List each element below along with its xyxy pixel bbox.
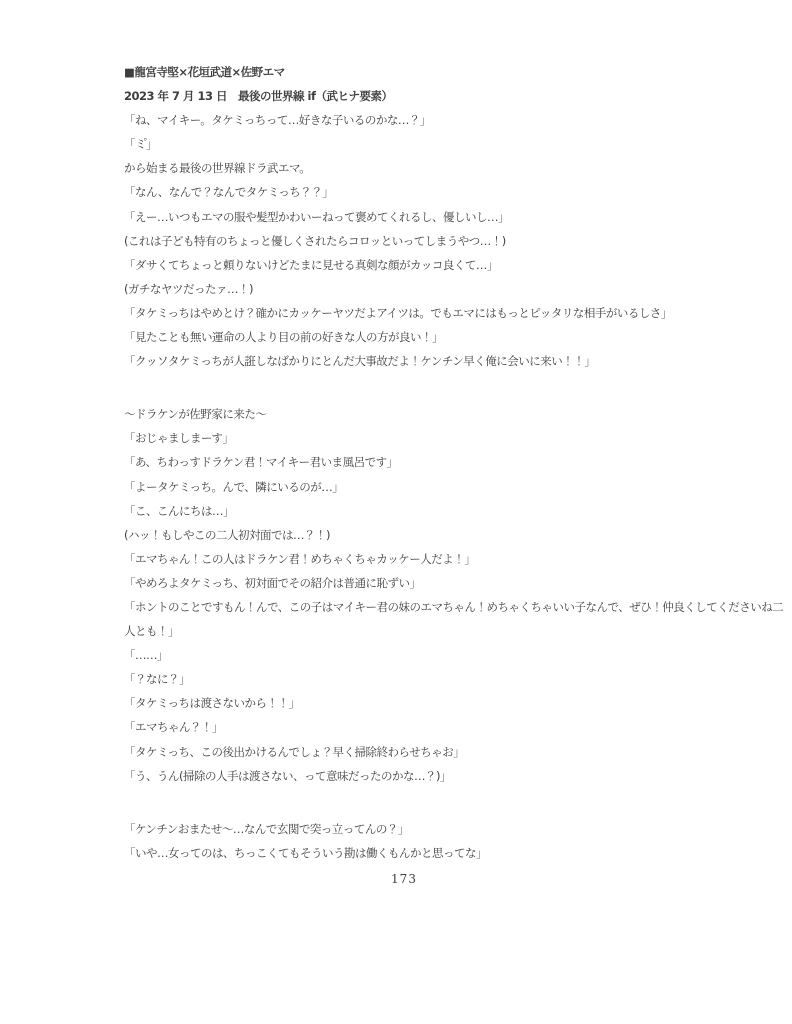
document-page: ■龍宮寺堅×花垣武道×佐野エマ 2023 年 7 月 13 日 最後の世界線 i… xyxy=(0,0,792,1024)
screenshot-root: { "document": { "heading": "■龍宮寺堅×花垣武道×佐… xyxy=(0,0,792,1024)
text-line: 「ね、マイキー。タケミっちって…好きな子いるのかな…？」 xyxy=(124,108,684,132)
text-line: 「ホントのことですもん！んで、この子はマイキー君の妹のエマちゃん！めちゃくちゃい… xyxy=(124,595,684,619)
text-line: 「タケミっちはやめとけ？確かにカッケーヤツだよアイツは。でもエマにはもっとピッタ… xyxy=(124,301,684,325)
pairing-heading: ■龍宮寺堅×花垣武道×佐野エマ xyxy=(124,60,684,84)
text-line: 「う、うん(掃除の人手は渡さない、って意味だったのかな…？)」 xyxy=(124,764,684,788)
text-line: 「こ、こんにちは…」 xyxy=(124,499,684,523)
text-line-wrap-continuation: 人とも！」 xyxy=(124,619,684,643)
section-entrance: 「ケンチンおまたせ〜…なんで玄関で突っ立ってんの？」 「いや…女ってのは、ちっこ… xyxy=(124,817,684,865)
section-opening: 「ね、マイキー。タケミっちって…好きな子いるのかな…？」 「ミ゚」 から始まる最… xyxy=(124,108,684,373)
text-line: 「タケミっちは渡さないから！！」 xyxy=(124,691,684,715)
text-line: から始まる最後の世界線ドラ武エマ。 xyxy=(124,156,684,180)
page-number: 173 xyxy=(124,867,684,891)
text-line: 「やめろよタケミっち、初対面でその紹介は普通に恥ずい」 xyxy=(124,571,684,595)
text-line: 「あ、ちわっすドラケン君！マイキー君いま風呂です」 xyxy=(124,450,684,474)
text-line: 「？なに？」 xyxy=(124,667,684,691)
date-line: 2023 年 7 月 13 日 最後の世界線 if（武ヒナ要素） xyxy=(124,84,684,108)
text-line: 「なん、なんで？なんでタケミっち？？」 xyxy=(124,180,684,204)
text-line: (これは子ども特有のちょっと優しくされたらコロッといってしまうやつ…！) xyxy=(124,229,684,253)
text-line: 「ミ゚」 xyxy=(124,132,684,156)
text-line: 「……」 xyxy=(124,643,684,667)
text-line: 「よータケミっち。んで、隣にいるのが…」 xyxy=(124,475,684,499)
text-line: (ハッ！もしやこの二人初対面では…？！) xyxy=(124,523,684,547)
section-draken-visit: 〜ドラケンが佐野家に来た〜 「おじゃましまーす」 「あ、ちわっすドラケン君！マイ… xyxy=(124,402,684,788)
text-line: (ガチなヤツだったァ…！) xyxy=(124,277,684,301)
text-line: 「えー…いつもエマの服や髪型かわいーねって褒めてくれるし、優しいし…」 xyxy=(124,205,684,229)
scene-subheading: 〜ドラケンが佐野家に来た〜 xyxy=(124,402,684,426)
text-line: 「クッソタケミっちが人誑しなばかりにとんだ大事故だよ！ケンチン早く俺に会いに来い… xyxy=(124,349,684,373)
text-line: 「いや…女ってのは、ちっこくてもそういう勘は働くもんかと思ってな」 xyxy=(124,841,684,865)
text-line: 「エマちゃん！この人はドラケン君！めちゃくちゃカッケー人だよ！」 xyxy=(124,547,684,571)
text-line: 「ダサくてちょっと頼りないけどたまに見せる真剣な顔がカッコ良くて…」 xyxy=(124,253,684,277)
text-line: 「おじゃましまーす」 xyxy=(124,426,684,450)
text-line: 「見たことも無い運命の人より目の前の好きな人の方が良い！」 xyxy=(124,325,684,349)
text-line: 「エマちゃん？！」 xyxy=(124,715,684,739)
section-header: ■龍宮寺堅×花垣武道×佐野エマ 2023 年 7 月 13 日 最後の世界線 i… xyxy=(124,60,684,108)
text-line: 「ケンチンおまたせ〜…なんで玄関で突っ立ってんの？」 xyxy=(124,817,684,841)
document-text-body: ■龍宮寺堅×花垣武道×佐野エマ 2023 年 7 月 13 日 最後の世界線 i… xyxy=(124,60,684,891)
text-line: 「タケミっち、この後出かけるんでしょ？早く掃除終わらせちゃお」 xyxy=(124,740,684,764)
